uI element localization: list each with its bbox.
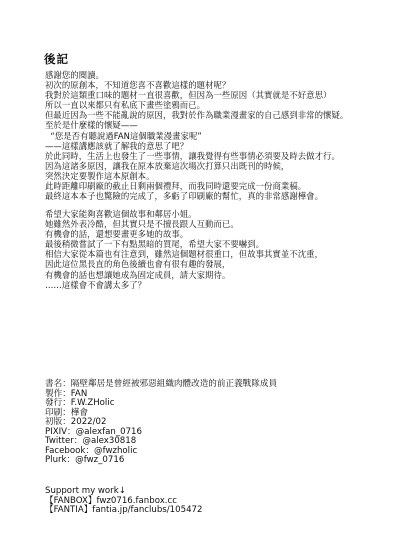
- text-line: 希望大家能夠喜歡這個故事和鄰居小姐。: [45, 209, 323, 219]
- afterword-paragraph-1: 感謝您的閱讀。 初次的原創本，不知道您喜不喜歡這樣的題材呢？ 我對於這類重口味的…: [45, 70, 348, 201]
- text-line: “您是否有聽說過FAN這個職業漫畫家呢”: [45, 131, 348, 141]
- text-line: 但最近因為一些不能亂說的原因，我對於作為職業漫畫家的自己感到非常的懷疑。: [45, 110, 348, 120]
- text-line: 她雖然外表冷酷，但其實只是不擅長跟人互動而已。: [45, 219, 323, 229]
- colophon-plurk: Plurk：@fwz_0716: [45, 456, 277, 466]
- afterword-page: 後記 感謝您的閱讀。 初次的原創本，不知道您喜不喜歡這樣的題材呢？ 我對於這類重…: [0, 0, 400, 559]
- text-line: 初次的原創本，不知道您喜不喜歡這樣的題材呢？: [45, 80, 348, 90]
- text-line: ……這樣會不會講太多了？: [45, 280, 323, 290]
- colophon: 書名：隔壁鄰居是曾經被邪惡組織肉體改造的前正義戰隊成員 製作：FAN 發行：F.…: [45, 380, 277, 466]
- fantia-link: 【FANTIA】fantia.jp/fanclubs/105472: [45, 506, 202, 516]
- text-line: 所以一直以來都只有私底下畫些塗鴉而已。: [45, 100, 348, 110]
- text-line: 此時距離印刷廠的截止日剩兩個禮拜，而我同時還要完成一份商業稿。: [45, 181, 348, 191]
- support-section: Support my work↓ 【FANBOX】fwz0716.fanbox.…: [45, 487, 202, 516]
- text-line: 至於是什麼樣的懷疑——: [45, 120, 348, 130]
- text-line: 相信大家從本篇也有注意到，雖然這個題材很重口，但故事其實並不沈重，: [45, 249, 323, 259]
- text-line: 於此同時，生活上也發生了一些事情，讓我覺得有些事情必須要及時去做才行。: [45, 151, 348, 161]
- text-line: 最後稍微嘗試了一下有點黑暗的買尾，希望大家不要嚇到。: [45, 239, 323, 249]
- text-line: 最終這本本子也驚險的完成了，多虧了印刷廠的幫忙，真的非常感謝樺會。: [45, 191, 348, 201]
- text-line: ——這樣講應該就了解我的意思了吧？: [45, 141, 348, 151]
- page-title: 後記: [44, 52, 69, 66]
- afterword-paragraph-2: 希望大家能夠喜歡這個故事和鄰居小姐。 她雖然外表冷酷，但其實只是不擅長跟人互動而…: [45, 209, 323, 290]
- text-line: 有機會的話，還想要畫更多她的故事。: [45, 229, 323, 239]
- text-line: 因此這位黑長直的角色後續也會有很有趣的發展，: [45, 259, 323, 269]
- text-line: 有機會的話也想讓她成為固定成員，請大家期待。: [45, 270, 323, 280]
- text-line: 因為這諸多原因，讓我在原本放棄這次場次打算只出既刊的時候，: [45, 161, 348, 171]
- text-line: 我對於這類重口味的題材一直很喜歡，但因為一些原因（其實就是不好意思）: [45, 90, 348, 100]
- text-line: 突然決定要製作這本原創本。: [45, 171, 348, 181]
- text-line: 感謝您的閱讀。: [45, 70, 348, 80]
